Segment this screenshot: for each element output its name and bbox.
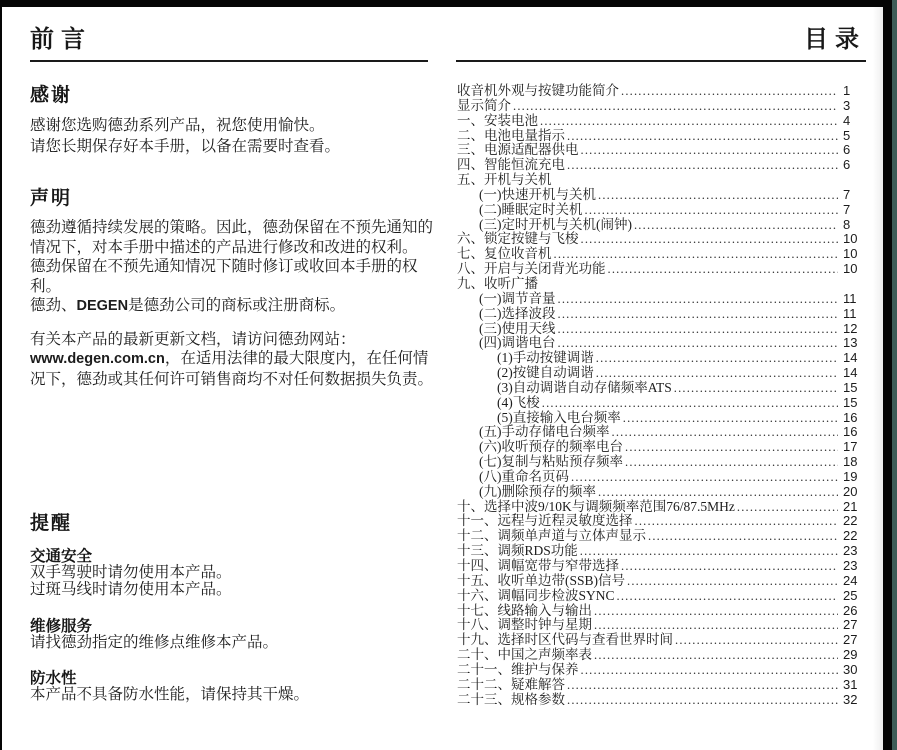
toc-item-page: 27	[843, 618, 867, 633]
toc-item: 一、安装电池4	[457, 114, 867, 129]
toc-leader-dots	[585, 203, 839, 218]
reminder-waterproof: 防水性 本产品不具备防水性能，请保持其干燥。	[30, 670, 434, 704]
toc-item-page: 18	[843, 455, 867, 470]
reminder-sub-title: 交通安全	[30, 548, 434, 565]
toc-item: (2)按键自动调谐14	[457, 366, 867, 381]
toc-item-label: (二)睡眠定时关机	[479, 203, 583, 218]
toc-item-page: 26	[843, 604, 867, 619]
toc-leader-dots	[634, 218, 838, 233]
reminder-heading: 提醒	[30, 513, 434, 535]
scan-background-strip	[892, 0, 897, 750]
scan-left-edge	[0, 0, 2, 750]
toc-item-label: (一)调节音量	[479, 292, 556, 307]
toc-item-label: 七、复位收音机	[457, 247, 552, 262]
toc-item-label: 十二、调频单声道与立体声显示	[457, 529, 646, 544]
toc-item-label: 十九、选择时区代码与查看世界时间	[457, 633, 673, 648]
toc-item-page: 14	[843, 366, 867, 381]
toc-item: 八、开启与关闭背光功能10	[457, 262, 867, 277]
toc-item: 二十一、维护与保养30	[457, 663, 867, 678]
toc-item-label: 二十、中国之声频率表	[457, 648, 592, 663]
toc-leader-dots	[581, 143, 839, 158]
brand-name: DEGEN	[77, 298, 129, 314]
toc-leader-dots	[558, 292, 839, 307]
toc-item-page: 15	[843, 381, 867, 396]
toc-list: 收音机外观与按键功能简介1显示简介3一、安装电池4二、电池电量指示5三、电源适配…	[457, 84, 867, 707]
statement-brand-line: 德劲、DEGEN是德劲公司的商标或注册商标。	[30, 296, 434, 317]
toc-item-label: (2)按键自动调谐	[497, 366, 594, 381]
toc-item-label: 十八、调整时钟与星期	[457, 618, 592, 633]
toc-item: 显示简介3	[457, 99, 867, 114]
toc-item-label: 二十二、疑难解答	[457, 678, 565, 693]
toc-item-page: 10	[843, 247, 867, 262]
toc-item: (二)选择波段11	[457, 307, 867, 322]
toc-item-label: 十三、调频RDS功能	[457, 544, 578, 559]
toc-item-page: 8	[843, 218, 867, 233]
toc-item-page: 11	[843, 292, 867, 307]
toc-item-label: 十五、收听单边带(SSB)信号	[457, 574, 625, 589]
toc-item-label: (1)手动按键调谐	[497, 351, 594, 366]
toc-item: (八)重命名页码19	[457, 470, 867, 485]
toc-item-page: 5	[843, 129, 867, 144]
reminder-line: 过斑马线时请勿使用本产品。	[30, 582, 434, 599]
toc-item: 二十、中国之声频率表29	[457, 648, 867, 663]
toc-item-page: 6	[843, 143, 867, 158]
toc-leader-dots	[625, 440, 838, 455]
toc-leader-dots	[581, 232, 839, 247]
toc-leader-dots	[567, 158, 838, 173]
toc-item-page: 11	[843, 307, 867, 322]
toc-item-label: 十四、调幅宽带与窄带选择	[457, 559, 619, 574]
toc-item-page: 4	[843, 114, 867, 129]
toc-item-page: 24	[843, 574, 867, 589]
toc-leader-dots	[627, 574, 838, 589]
toc-leader-dots	[596, 366, 838, 381]
page-title-preface: 前言	[30, 26, 92, 53]
toc-item: 五、开机与关机	[457, 173, 867, 188]
paragraph-gap	[30, 317, 434, 330]
toc-item-label: 四、智能恒流充电	[457, 158, 565, 173]
manual-page: { "colors": { "page_bg": "#ffffff", "ink…	[0, 0, 897, 750]
brand-prefix: 德劲、	[30, 297, 77, 314]
toc-item-page: 21	[843, 500, 867, 515]
toc-item-page: 10	[843, 232, 867, 247]
website-url: www.degen.com.cn	[30, 351, 165, 367]
toc-item: (3)自动调谐自动存储频率ATS15	[457, 381, 867, 396]
toc-item-label: (八)重命名页码	[479, 470, 569, 485]
toc-item-page: 17	[843, 440, 867, 455]
toc-item-label: (四)调谐电台	[479, 336, 556, 351]
toc-item-label: 收音机外观与按键功能简介	[457, 84, 619, 99]
toc-item: 二十三、规格参数32	[457, 693, 867, 708]
toc-item-page: 3	[843, 99, 867, 114]
toc-leader-dots	[513, 99, 838, 114]
toc-item-page: 12	[843, 322, 867, 337]
toc-leader-dots	[596, 351, 838, 366]
toc-item-page: 13	[843, 336, 867, 351]
toc-item-label: (3)自动调谐自动存储频率ATS	[497, 381, 672, 396]
toc-leader-dots	[558, 322, 839, 337]
toc-item: (九)删除预存的频率20	[457, 485, 867, 500]
toc-item-label: 二十三、规格参数	[457, 693, 565, 708]
toc-leader-dots	[594, 648, 838, 663]
toc-item-page: 10	[843, 262, 867, 277]
toc-leader-dots	[598, 188, 838, 203]
toc-leader-dots	[635, 514, 839, 529]
page-title-toc: 目录	[804, 26, 866, 53]
toc-leader-dots	[625, 455, 838, 470]
statement-line: 情况下，对本手册中描述的产品进行修改和改进的权利。	[30, 238, 434, 258]
thanks-line: 感谢您选购德劲系列产品，祝您使用愉快。	[30, 116, 434, 137]
toc-item: 三、电源适配器供电6	[457, 143, 867, 158]
toc-item: (四)调谐电台13	[457, 336, 867, 351]
toc-item: 十五、收听单边带(SSB)信号24	[457, 574, 867, 589]
toc-item: 九、收听广播	[457, 277, 867, 292]
toc-item-page: 32	[843, 693, 867, 708]
toc-leader-dots	[567, 693, 838, 708]
toc-item-page: 20	[843, 485, 867, 500]
toc-item-page: 7	[843, 203, 867, 218]
toc-item: 二十二、疑难解答31	[457, 678, 867, 693]
toc-item-label: (六)收听预存的频率电台	[479, 440, 623, 455]
toc-item-label: 八、开启与关闭背光功能	[457, 262, 606, 277]
toc-leader-dots	[558, 336, 839, 351]
toc-item: 四、智能恒流充电6	[457, 158, 867, 173]
toc-item: 十八、调整时钟与星期27	[457, 618, 867, 633]
toc-item: 十六、调幅同步检波SYNC25	[457, 589, 867, 604]
reminder-sub-title: 维修服务	[30, 618, 434, 635]
thanks-heading: 感谢	[30, 85, 434, 107]
toc-leader-dots	[598, 485, 838, 500]
section-thanks: 感谢 感谢您选购德劲系列产品，祝您使用愉快。 请您长期保存好本手册，以备在需要时…	[30, 85, 434, 157]
toc-item: (七)复制与粘贴预存频率18	[457, 455, 867, 470]
page-curl-shadow	[873, 7, 883, 750]
toc-leader-dots	[594, 604, 838, 619]
toc-leader-dots	[675, 633, 838, 648]
toc-leader-dots	[558, 307, 839, 322]
reminder-line: 双手驾驶时请勿使用本产品。	[30, 565, 434, 582]
toc-item-page: 16	[843, 411, 867, 426]
toc-item: 收音机外观与按键功能简介1	[457, 84, 867, 99]
toc-item-label: 九、收听广播	[457, 277, 538, 292]
toc-item-label: 二十一、维护与保养	[457, 663, 579, 678]
toc-leader-dots	[621, 84, 838, 99]
statement-last-line: 况下，德劲或其任何许可销售商均不对任何数据损失负责。	[30, 370, 434, 390]
toc-item: 十四、调幅宽带与窄带选择23	[457, 559, 867, 574]
toc-item-page: 29	[843, 648, 867, 663]
toc-item-label: 十六、调幅同步检波SYNC	[457, 589, 615, 604]
toc-item: 七、复位收音机10	[457, 247, 867, 262]
toc-leader-dots	[571, 470, 838, 485]
brand-suffix: 是德劲公司的商标或注册商标。	[128, 297, 345, 314]
toc-item-page: 7	[843, 188, 867, 203]
reminder-repair-service: 维修服务 请找德劲指定的维修点维修本产品。	[30, 618, 434, 652]
toc-item-label: (4)飞梭	[497, 396, 540, 411]
toc-leader-dots	[567, 678, 838, 693]
scan-top-edge	[0, 0, 897, 7]
toc-item-page: 19	[843, 470, 867, 485]
toc-header: 目录	[456, 27, 866, 62]
toc-leader-dots	[621, 559, 838, 574]
toc-leader-dots	[581, 663, 839, 678]
preface-header: 前言	[30, 27, 428, 62]
toc-leader-dots	[542, 396, 838, 411]
toc-item: (二)睡眠定时关机7	[457, 203, 867, 218]
toc-leader-dots	[608, 262, 839, 277]
reminder-line: 请找德劲指定的维修点维修本产品。	[30, 635, 434, 652]
scan-right-edge	[883, 0, 892, 750]
statement-heading: 声明	[30, 188, 434, 210]
toc-item: 十九、选择时区代码与查看世界时间27	[457, 633, 867, 648]
toc-leader-dots	[567, 129, 838, 144]
toc-item-page: 27	[843, 633, 867, 648]
toc-item-label: (九)删除预存的频率	[479, 485, 596, 500]
toc-item: (一)快速开机与关机7	[457, 188, 867, 203]
toc-item-label: 三、电源适配器供电	[457, 143, 579, 158]
toc-leader-dots	[612, 425, 839, 440]
toc-item-label: (七)复制与粘贴预存频率	[479, 455, 623, 470]
toc-leader-dots	[554, 247, 839, 262]
toc-item: (一)调节音量11	[457, 292, 867, 307]
toc-item-page: 23	[843, 544, 867, 559]
statement-line: 德劲遵循持续发展的策略。因此，德劲保留在不预先通知的	[30, 218, 434, 238]
toc-item: (4)飞梭15	[457, 396, 867, 411]
toc-item-page: 23	[843, 559, 867, 574]
statement-update-line: 有关本产品的最新更新文档，请访问德劲网站：	[30, 330, 434, 350]
toc-item-page: 25	[843, 589, 867, 604]
statement-url-line: www.degen.com.cn，在适用法律的最大限度内，在任何情	[30, 349, 434, 370]
toc-item-page: 16	[843, 425, 867, 440]
toc-leader-dots	[540, 114, 838, 129]
toc-leader-dots	[737, 500, 838, 515]
toc-leader-dots	[594, 618, 838, 633]
reminder-sub-title: 防水性	[30, 670, 434, 687]
toc-item: (1)手动按键调谐14	[457, 351, 867, 366]
toc-item-page: 15	[843, 396, 867, 411]
toc-item-page: 6	[843, 158, 867, 173]
toc-item-page: 22	[843, 514, 867, 529]
toc-item-label: (一)快速开机与关机	[479, 188, 596, 203]
toc-item-page: 30	[843, 663, 867, 678]
reminder-traffic-safety: 交通安全 双手驾驶时请勿使用本产品。 过斑马线时请勿使用本产品。	[30, 548, 434, 599]
toc-item-page: 1	[843, 84, 867, 99]
thanks-line: 请您长期保存好本手册，以备在需要时查看。	[30, 137, 434, 158]
toc-leader-dots	[674, 381, 838, 396]
section-reminder: 提醒 交通安全 双手驾驶时请勿使用本产品。 过斑马线时请勿使用本产品。 维修服务…	[30, 513, 434, 704]
toc-item-label: (二)选择波段	[479, 307, 556, 322]
toc-item-page: 31	[843, 678, 867, 693]
url-suffix: ，在适用法律的最大限度内，在任何情	[165, 350, 429, 367]
toc-leader-dots	[648, 529, 838, 544]
toc-item: 十二、调频单声道与立体声显示22	[457, 529, 867, 544]
reminder-line: 本产品不具备防水性能，请保持其干燥。	[30, 687, 434, 704]
toc-item-page: 22	[843, 529, 867, 544]
toc-item: (六)收听预存的频率电台17	[457, 440, 867, 455]
toc-item-page: 14	[843, 351, 867, 366]
section-statement: 声明 德劲遵循持续发展的策略。因此，德劲保留在不预先通知的 情况下，对本手册中描…	[30, 188, 434, 389]
toc-item-label: 五、开机与关机	[457, 173, 552, 188]
toc-leader-dots	[623, 411, 838, 426]
toc-item-label: 显示简介	[457, 99, 511, 114]
toc-leader-dots	[617, 589, 838, 604]
toc-item-label: 一、安装电池	[457, 114, 538, 129]
toc-leader-dots	[580, 544, 838, 559]
toc-item: 十三、调频RDS功能23	[457, 544, 867, 559]
statement-line: 德劲保留在不预先通知情况下随时修订或收回本手册的权利。	[30, 257, 434, 296]
